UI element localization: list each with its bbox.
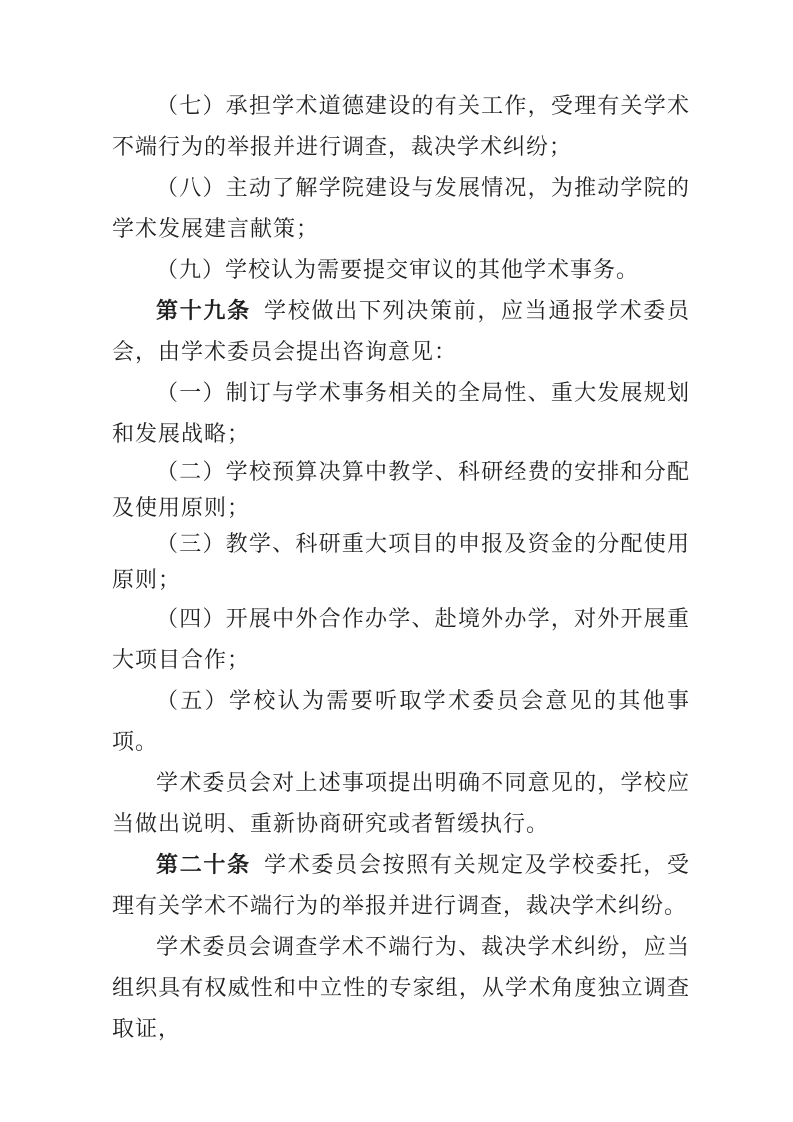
paragraph-item-3: （三）教学、科研重大项目的申报及资金的分配使用原则； (112, 526, 690, 598)
paragraph-item-4: （四）开展中外合作办学、赴境外办学，对外开展重大项目合作； (112, 598, 690, 680)
document-body: （七）承担学术道德建设的有关工作，受理有关学术不端行为的举报并进行调查，裁决学术… (112, 85, 690, 1049)
paragraph-item-9: （九）学校认为需要提交审议的其他学术事务。 (112, 249, 690, 290)
paragraph-body: 学术委员会调查学术不端行为、裁决学术纠纷，应当组织具有权威性和中立性的专家组，从… (112, 926, 690, 1049)
paragraph-item-8: （八）主动了解学院建设与发展情况，为推动学院的学术发展建言献策； (112, 167, 690, 249)
article-number: 第十九条 (156, 298, 251, 323)
document-page: （七）承担学术道德建设的有关工作，受理有关学术不端行为的举报并进行调查，裁决学术… (0, 0, 793, 1122)
paragraph-item-5: （五）学校认为需要听取学术委员会意见的其他事项。 (112, 680, 690, 762)
paragraph-text: （七）承担学术道德建设的有关工作，受理有关学术不端行为的举报并进行调查，裁决学术… (112, 93, 690, 159)
paragraph-article-19: 第十九条学校做出下列决策前，应当通报学术委员会，由学术委员会提出咨询意见： (112, 290, 690, 372)
paragraph-item-7: （七）承担学术道德建设的有关工作，受理有关学术不端行为的举报并进行调查，裁决学术… (112, 85, 690, 167)
paragraph-article-20: 第二十条学术委员会按照有关规定及学校委托，受理有关学术不端行为的举报并进行调查，… (112, 844, 690, 926)
paragraph-text: （八）主动了解学院建设与发展情况，为推动学院的学术发展建言献策； (112, 175, 690, 241)
paragraph-body: 学术委员会对上述事项提出明确不同意见的，学校应当做出说明、重新协商研究或者暂缓执… (112, 762, 690, 844)
paragraph-item-1: （一）制订与学术事务相关的全局性、重大发展规划和发展战略； (112, 372, 690, 454)
paragraph-text: （四）开展中外合作办学、赴境外办学，对外开展重大项目合作； (112, 606, 690, 672)
paragraph-item-2: （二）学校预算决算中教学、科研经费的安排和分配及使用原则； (112, 454, 690, 526)
paragraph-text: （二）学校预算决算中教学、科研经费的安排和分配及使用原则； (112, 459, 690, 520)
article-number: 第二十条 (156, 852, 251, 877)
paragraph-text: （三）教学、科研重大项目的申报及资金的分配使用原则； (112, 531, 690, 592)
paragraph-text: （五）学校认为需要听取学术委员会意见的其他事项。 (112, 688, 690, 754)
paragraph-text: 学术委员会调查学术不端行为、裁决学术纠纷，应当组织具有权威性和中立性的专家组，从… (112, 934, 690, 1041)
paragraph-text: 学术委员会对上述事项提出明确不同意见的，学校应当做出说明、重新协商研究或者暂缓执… (112, 770, 690, 836)
paragraph-text: （一）制订与学术事务相关的全局性、重大发展规划和发展战略； (112, 380, 690, 446)
paragraph-text: （九）学校认为需要提交审议的其他学术事务。 (156, 257, 639, 282)
